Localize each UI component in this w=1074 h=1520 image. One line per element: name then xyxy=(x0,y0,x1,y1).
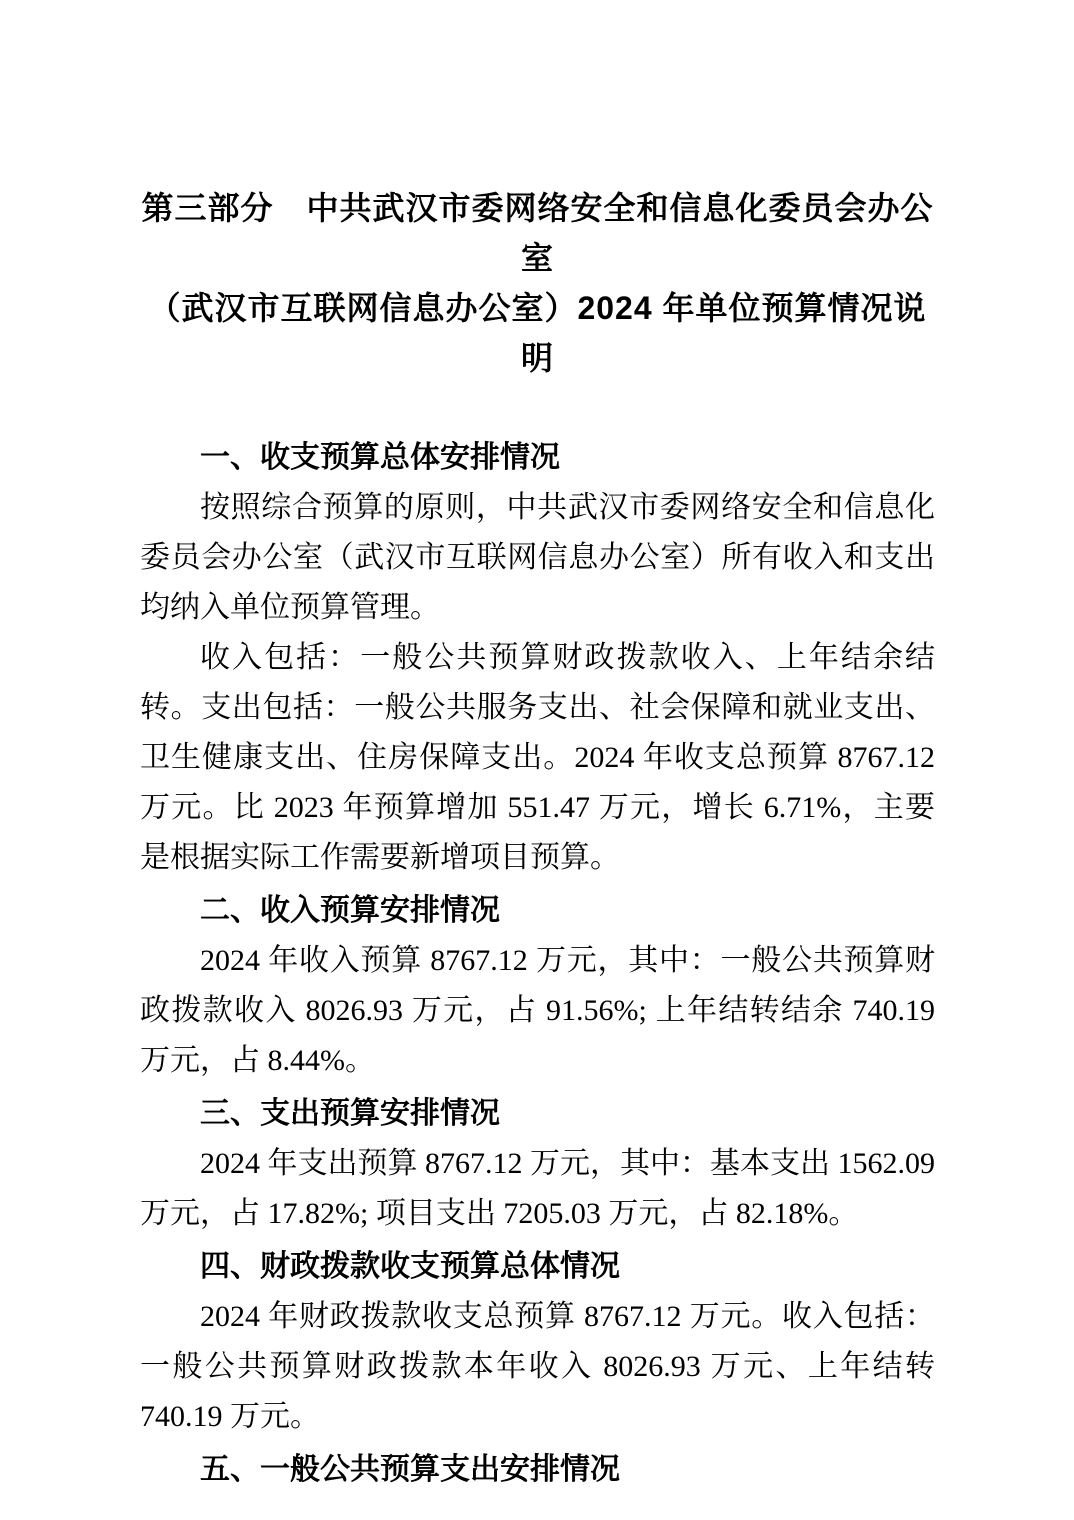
title-body-gap xyxy=(140,383,935,433)
section-2-paragraph-1: 2024 年收入预算 8767.12 万元，其中：一般公共预算财政拨款收入 80… xyxy=(140,936,935,1086)
document-canvas: { "colors": { "background": "#ffffff", "… xyxy=(0,0,1074,1520)
section-4-paragraph-1: 2024 年财政拨款收支总预算 8767.12 万元。收入包括：一般公共预算财政… xyxy=(140,1292,935,1442)
section-3-paragraph-1: 2024 年支出预算 8767.12 万元，其中：基本支出 1562.09 万元… xyxy=(140,1139,935,1239)
section-heading-5: 五、一般公共预算支出安排情况 xyxy=(140,1445,935,1495)
section-1-paragraph-2: 收入包括：一般公共预算财政拨款收入、上年结余结转。支出包括：一般公共服务支出、社… xyxy=(140,633,935,883)
section-heading-2: 二、收入预算安排情况 xyxy=(140,886,935,936)
section-expenditure-budget: 三、支出预算安排情况 2024 年支出预算 8767.12 万元，其中：基本支出… xyxy=(140,1089,935,1239)
section-heading-1: 一、收支预算总体安排情况 xyxy=(140,433,935,483)
section-heading-4: 四、财政拨款收支预算总体情况 xyxy=(140,1242,935,1292)
document-title: 第三部分 中共武汉市委网络安全和信息化委员会办公室 （武汉市互联网信息办公室）2… xyxy=(140,183,935,383)
section-income-budget: 二、收入预算安排情况 2024 年收入预算 8767.12 万元，其中：一般公共… xyxy=(140,886,935,1086)
section-1-paragraph-1: 按照综合预算的原则，中共武汉市委网络安全和信息化委员会办公室（武汉市互联网信息办… xyxy=(140,483,935,633)
document-title-line-2: （武汉市互联网信息办公室）2024 年单位预算情况说明 xyxy=(140,283,935,383)
section-overall-budget: 一、收支预算总体安排情况 按照综合预算的原则，中共武汉市委网络安全和信息化委员会… xyxy=(140,433,935,883)
document-page: 第三部分 中共武汉市委网络安全和信息化委员会办公室 （武汉市互联网信息办公室）2… xyxy=(140,183,935,1495)
document-title-line-1: 第三部分 中共武汉市委网络安全和信息化委员会办公室 xyxy=(140,183,935,283)
section-public-budget-expenditure: 五、一般公共预算支出安排情况 xyxy=(140,1445,935,1495)
section-fiscal-appropriation: 四、财政拨款收支预算总体情况 2024 年财政拨款收支总预算 8767.12 万… xyxy=(140,1242,935,1442)
section-heading-3: 三、支出预算安排情况 xyxy=(140,1089,935,1139)
